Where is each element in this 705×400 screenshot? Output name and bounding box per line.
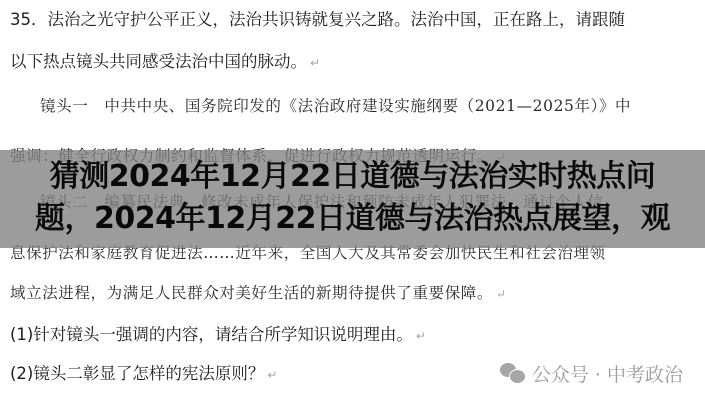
- watermark-text: 公众号 · 中考政治: [532, 360, 683, 387]
- wechat-icon: [500, 362, 526, 384]
- return-mark-icon: ↵: [416, 329, 426, 343]
- headline-title: 猜测2024年12月22日道德与法治实时热点问 题，2024年12月22日道德与…: [0, 156, 705, 240]
- doc-line-8: (1)针对镜头一强调的内容，请结合所学知识说明理由。↵: [10, 325, 426, 346]
- return-mark-icon: ↵: [267, 368, 277, 382]
- return-mark-icon: ↵: [496, 287, 507, 301]
- doc-line-3: 镜头一 中共中央、国务院印发的《法治政府建设实施纲要（2021—2025年）》中: [40, 96, 631, 116]
- doc-line-7: 域立法进程，为满足人民群众对美好生活的新期待提供了重要保障。↵: [10, 283, 507, 304]
- return-mark-icon: ↵: [310, 56, 320, 70]
- line-text: (2)镜头二彰显了怎样的宪法原则？: [10, 364, 264, 383]
- headline-line-1: 猜测2024年12月22日道德与法治实时热点问: [0, 156, 705, 198]
- doc-line-2: 以下热点镜头共同感受法治中国的脉动。↵: [10, 52, 320, 73]
- headline-line-2: 题，2024年12月22日道德与法治热点展望，观: [0, 198, 705, 240]
- line-text: 域立法进程，为满足人民群众对美好生活的新期待提供了重要保障。: [10, 284, 493, 302]
- doc-line-1: 35．法治之光守护公平正义，法治共识铸就复兴之路。法治中国，正在路上，请跟随: [10, 10, 625, 30]
- watermark: 公众号 · 中考政治: [500, 361, 683, 385]
- doc-line-9: (2)镜头二彰显了怎样的宪法原则？↵: [10, 364, 277, 385]
- line-text: 镜头一 中共中央、国务院印发的《法治政府建设实施纲要（2021—2025年）》中: [40, 97, 631, 115]
- line-text: 以下热点镜头共同感受法治中国的脉动。: [10, 52, 307, 71]
- line-text: 35．法治之光守护公平正义，法治共识铸就复兴之路。法治中国，正在路上，请跟随: [10, 10, 625, 29]
- line-text: (1)针对镜头一强调的内容，请结合所学知识说明理由。: [10, 325, 413, 344]
